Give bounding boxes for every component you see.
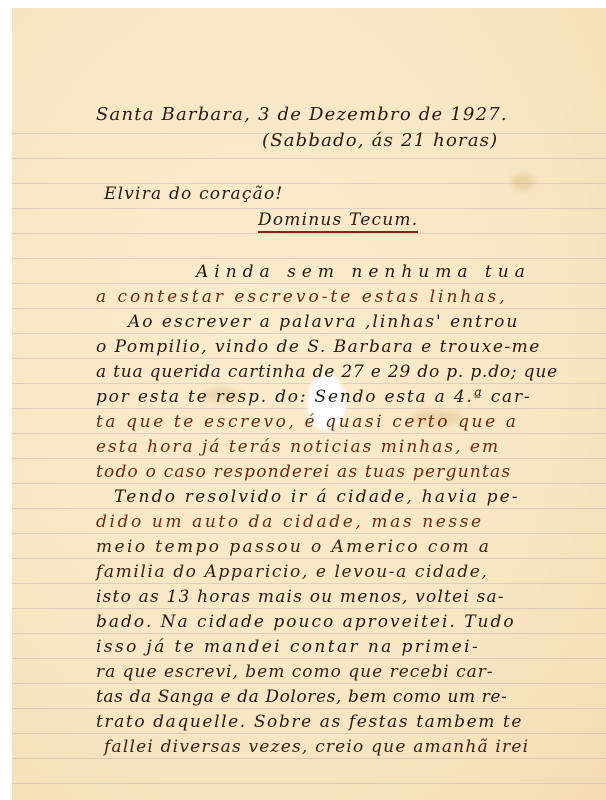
body-line: ra que escrevi, bem como que recebi car-: [96, 662, 494, 682]
body-line: todo o caso responderei as tuas pergunta…: [96, 462, 511, 482]
ruled-line: [12, 708, 606, 709]
body-line: por esta te resp. do: Sendo esta a 4.ª c…: [96, 387, 531, 407]
ruled-line: [12, 408, 606, 409]
ruled-line: [12, 733, 606, 734]
paper-stain: [512, 173, 534, 191]
ruled-line: [12, 633, 606, 634]
body-line: Tendo resolvido ir á cidade, havia pe-: [114, 487, 520, 507]
body-line: meio tempo passou o Americo com a: [96, 537, 491, 557]
body-line: bado. Na cidade pouco aproveitei. Tudo: [96, 612, 516, 632]
place-date: Santa Barbara, 3 de Dezembro de 1927.: [96, 104, 508, 125]
body-line: tas da Sanga e da Dolores, bem como um r…: [96, 687, 507, 707]
body-line: isso já te mandei contar na primei-: [96, 637, 480, 657]
body-line: familia do Apparicio, e levou-a cidade,: [96, 562, 488, 582]
time-note: (Sabbado, ás 21 horas): [262, 130, 498, 151]
ruled-line: [12, 683, 606, 684]
ruled-line: [12, 533, 606, 534]
ruled-line: [12, 308, 606, 309]
salutation: Elvira do coração!: [104, 184, 283, 204]
ruled-line: [12, 583, 606, 584]
body-line: fallei diversas vezes, creio que amanhã …: [104, 737, 529, 757]
ruled-line: [12, 333, 606, 334]
ruled-line: [12, 433, 606, 434]
body-line: o Pompilio, vindo de S. Barbara e trouxe…: [96, 337, 541, 357]
ruled-line: [12, 208, 606, 209]
body-line: a contestar escrevo-te estas linhas,: [96, 287, 508, 307]
body-line: Ao escrever a palavra ,linhas' entrou: [128, 312, 519, 332]
ruled-line: [12, 658, 606, 659]
ruled-line: [12, 783, 606, 784]
subheading-text: Dominus Tecum.: [258, 210, 418, 233]
body-line: esta hora já terás noticias minhas, em: [96, 437, 500, 457]
body-line: dido um auto da cidade, mas nesse: [96, 512, 484, 532]
ruled-line: [12, 283, 606, 284]
ruled-line: [12, 483, 606, 484]
ruled-line: [12, 608, 606, 609]
body-line: a tua querida cartinha de 27 e 29 do p. …: [96, 362, 558, 382]
body-line: ta que te escrevo, é quasi certo que a: [96, 412, 519, 432]
ruled-line: [12, 508, 606, 509]
ruled-line: [12, 158, 606, 159]
body-line: isto as 13 horas mais ou menos, voltei s…: [96, 587, 505, 607]
ruled-line: [12, 758, 606, 759]
ruled-line: [12, 358, 606, 359]
ruled-line: [12, 458, 606, 459]
ruled-line: [12, 258, 606, 259]
body-line: Ainda sem nenhuma tua: [196, 262, 531, 282]
ruled-line: [12, 233, 606, 234]
ruled-line: [12, 558, 606, 559]
body-line: trato daquelle. Sobre as festas tambem t…: [96, 712, 523, 732]
subheading: Dominus Tecum.: [258, 210, 418, 230]
ruled-line: [12, 383, 606, 384]
